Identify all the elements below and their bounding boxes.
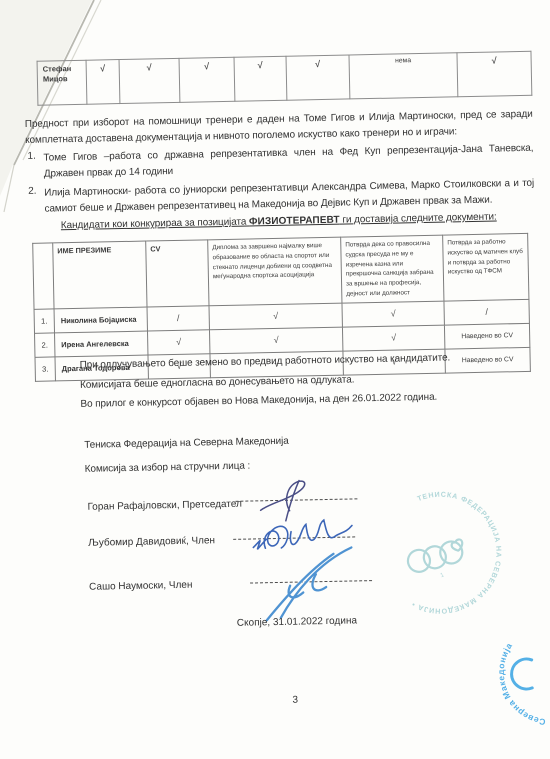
signer-name-president: Горан Рафајловски, Претседател: [87, 499, 242, 513]
checkmark: √: [209, 303, 342, 330]
header-potvrda-iskustvo: Потврда за работно искуство од матичен к…: [443, 233, 529, 300]
table-row: Стефан Мицов √ √ √ √ √ нема √: [37, 51, 532, 105]
page-number: 3: [292, 695, 298, 706]
row-number: 2.: [35, 333, 55, 357]
place-date: Скопје, 31.01.2022 година: [237, 615, 357, 628]
federation-name: Тениска Федерација на Северна Македонија: [84, 434, 289, 454]
stamp-ring-text: ТЕНИСКА ФЕДЕРАЦИЈА НА СЕВЕРНА МАКЕДОНИЈА…: [370, 470, 524, 630]
checkmark: √: [147, 330, 209, 355]
commission-label: Комисија за избор на стручни лица :: [85, 459, 251, 478]
list-item-tome-gigov: Томе Гигов –работа со државна репрезента…: [43, 141, 534, 182]
header-name: ИМЕ ПРЕЗИМЕ: [53, 241, 147, 309]
nema-cell: нема: [349, 53, 458, 99]
heading-post: ги доставија следните документи:: [340, 212, 497, 226]
signer-name-member-1: Љубомир Давидовиќ, Член: [88, 535, 215, 549]
candidate-name: Ирена Ангелевска: [55, 331, 148, 357]
checkmark: /: [147, 306, 209, 331]
checkmark: √: [234, 56, 287, 101]
signer-name-member-2: Сашо Наумоски, Член: [89, 580, 193, 593]
candidate-name: Николина Бојаџиска: [54, 307, 147, 333]
svg-text:Северна Македонија: Северна Македонија: [495, 640, 546, 728]
stamp-ring-text: Северна Македонија: [495, 640, 546, 728]
header-num: [33, 243, 54, 309]
blue-partial-stamp: Северна Македонија: [485, 606, 550, 739]
checkmark: √: [179, 57, 235, 102]
checkmark: √: [286, 55, 350, 100]
row-number: 3.: [35, 357, 55, 381]
checkmark: √: [342, 325, 444, 351]
header-potvrda-presuda: Потврда дека со правосилна судска пресуд…: [341, 235, 444, 303]
stamp-logo-circles: [405, 532, 469, 580]
document-page: Стефан Мицов √ √ √ √ √ нема √ Предност п…: [0, 0, 550, 759]
list-number: 1.: [27, 151, 36, 162]
header-diploma: Диплома за завршено најмалку више образо…: [208, 237, 342, 305]
svg-text:ТЕНИСКА ФЕДЕРАЦИЈА НА СЕВЕРНА: ТЕНИСКА ФЕДЕРАЦИЈА НА СЕВЕРНА МАКЕДОНИЈА…: [370, 470, 524, 630]
list-item-ilija-martinoski: Илија Мартиноски- работа со јуниорски ре…: [44, 176, 535, 217]
checkmark: /: [444, 299, 529, 325]
header-cv: CV: [146, 240, 209, 307]
table-header-row: ИМЕ ПРЕЗИМЕ CV Диплома за завршено најма…: [33, 233, 529, 309]
signature-icon: [253, 542, 375, 622]
checkmark: √: [86, 60, 120, 105]
stamp-crescent: [511, 659, 532, 689]
previous-candidates-table: Стефан Мицов √ √ √ √ √ нема √: [37, 51, 533, 106]
heading-position: ФИЗИОТЕРАПЕВТ: [249, 215, 340, 228]
checkmark: √: [209, 327, 342, 354]
heading-pre: Кандидати кои конкурираа за позицијата: [61, 216, 249, 231]
noted-in-cv: Наведено во CV: [444, 323, 529, 349]
checkmark: √: [342, 301, 444, 327]
checkmark: √: [457, 51, 532, 96]
row-number: 1.: [34, 309, 54, 333]
candidate-name: Стефан Мицов: [37, 60, 87, 105]
scanned-content: Стефан Мицов √ √ √ √ √ нема √ Предност п…: [0, 0, 550, 759]
checkmark: √: [119, 58, 180, 103]
stamp-center-mark: 1: [440, 572, 446, 579]
list-number: 2.: [28, 186, 37, 197]
